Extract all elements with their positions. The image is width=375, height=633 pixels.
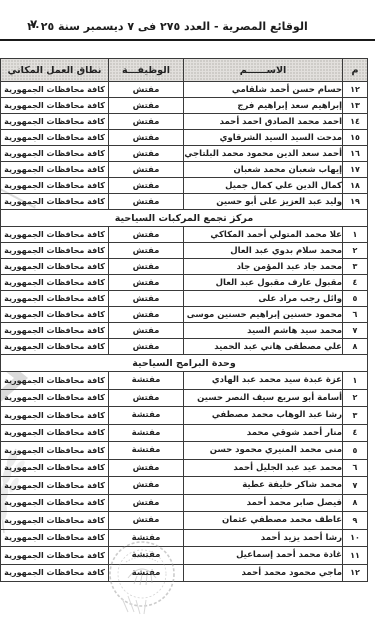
section-title: مركز تجمع المركبات السياحية (1, 210, 368, 227)
table-row: ١٦ أحمد سعد الدين محمود محمد البلتاجي مف… (1, 146, 368, 162)
name-cell: أحمد سعد الدين محمود محمد البلتاجي (184, 146, 343, 162)
table-row: ٣ محمد جاد عبد المؤمن جاد مفتش كافة محاف… (1, 259, 368, 275)
row-number-cell: ٨ (343, 494, 368, 512)
scope-cell: كافة محافظات الجمهورية (1, 564, 109, 582)
name-cell: منى محمد المنيري محمود حسن (184, 442, 343, 460)
column-header-job: الوظيفـــة (109, 59, 184, 82)
scope-cell: كافة محافظات الجمهورية (1, 442, 109, 460)
job-cell: مفتش (109, 477, 184, 495)
row-number-cell: ٤ (343, 275, 368, 291)
name-cell: عزة عبدة سيد محمد عبد الهادي (184, 372, 343, 390)
row-number-cell: ٧ (343, 323, 368, 339)
scope-cell: كافة محافظات الجمهورية (1, 459, 109, 477)
row-number-cell: ٣ (343, 259, 368, 275)
job-cell: مفتش (109, 130, 184, 146)
table-row: ١ علا محمد المتولي أحمد المكاكي مفتش كاف… (1, 227, 368, 243)
scope-cell: كافة محافظات الجمهورية (1, 162, 109, 178)
name-cell: رشا عبد الوهاب محمد مصطفي (184, 407, 343, 425)
job-cell: مفتش (109, 323, 184, 339)
table-row: ٦ محمد عيد عبد الجليل أحمد مفتش كافة محا… (1, 459, 368, 477)
scope-cell: كافة محافظات الجمهورية (1, 291, 109, 307)
job-cell: مفتشة (109, 564, 184, 582)
scope-cell: كافة محافظات الجمهورية (1, 275, 109, 291)
row-number-cell: ١٤ (343, 114, 368, 130)
row-number-cell: ١٥ (343, 130, 368, 146)
name-cell: مقبول عارف مقبول عبد العال (184, 275, 343, 291)
row-number-cell: ٦ (343, 307, 368, 323)
job-cell: مفتشة (109, 424, 184, 442)
table-row: ٣ رشا عبد الوهاب محمد مصطفي مفتشة كافة م… (1, 407, 368, 425)
table-row: ١٢ حسام حسن أحمد شلقامي مفتش كافة محافظا… (1, 82, 368, 98)
job-cell: مفتش (109, 162, 184, 178)
name-cell: إيهاب شعبان محمد شعبان (184, 162, 343, 178)
scope-cell: كافة محافظات الجمهورية (1, 529, 109, 547)
table-row: ٢ محمد سلام بدوي عبد العال مفتش كافة محا… (1, 243, 368, 259)
table-row: ١١ غادة محمد أحمد إسماعيل مفتشة كافة محا… (1, 547, 368, 565)
gazette-page: ٧ الوقائع المصرية - العدد ٢٧٥ فى ٧ ديسمب… (0, 0, 375, 633)
scope-cell: كافة محافظات الجمهورية (1, 424, 109, 442)
name-cell: علا محمد المتولي أحمد المكاكي (184, 227, 343, 243)
name-cell: محمد سلام بدوي عبد العال (184, 243, 343, 259)
page-number: ٧ (30, 17, 37, 31)
name-cell: محمود حسنين إبراهيم حسنين موسى (184, 307, 343, 323)
scope-cell: كافة محافظات الجمهورية (1, 407, 109, 425)
name-cell: محمد سيد هاشم السيد (184, 323, 343, 339)
name-cell: عاطف محمد مصطفي عثمان (184, 512, 343, 530)
scope-cell: كافة محافظات الجمهورية (1, 243, 109, 259)
row-number-cell: ٩ (343, 512, 368, 530)
scope-cell: كافة محافظات الجمهورية (1, 547, 109, 565)
scope-cell: كافة محافظات الجمهورية (1, 339, 109, 355)
name-cell: فيصل صابر محمد أحمد (184, 494, 343, 512)
scope-cell: كافة محافظات الجمهورية (1, 98, 109, 114)
table-header-row: م الاســــــم الوظيفـــة نطاق العمل المك… (1, 59, 368, 82)
name-cell: وائل رجب مراد على (184, 291, 343, 307)
name-cell: غادة محمد أحمد إسماعيل (184, 547, 343, 565)
scope-cell: كافة محافظات الجمهورية (1, 494, 109, 512)
scope-cell: كافة محافظات الجمهورية (1, 227, 109, 243)
header-title: الوقائع المصرية - العدد ٢٧٥ فى ٧ ديسمبر … (27, 20, 307, 33)
column-header-name: الاســــــم (184, 59, 343, 82)
name-cell: أسامة أبو سريع سيف النصر حسين (184, 389, 343, 407)
table-row: ٥ منى محمد المنيري محمود حسن مفتشة كافة … (1, 442, 368, 460)
table-row: ١٥ مدحت السيد السيد الشرقاوي مفتش كافة م… (1, 130, 368, 146)
table-row: ١٩ وليد عبد العزيز على أبو حسين مفتش كاف… (1, 194, 368, 210)
row-number-cell: ١٢ (343, 564, 368, 582)
job-cell: مفتش (109, 494, 184, 512)
job-cell: مفتش (109, 227, 184, 243)
scope-cell: كافة محافظات الجمهورية (1, 372, 109, 390)
row-number-cell: ١٩ (343, 194, 368, 210)
scope-cell: كافة محافظات الجمهورية (1, 259, 109, 275)
name-cell: حسام حسن أحمد شلقامي (184, 82, 343, 98)
job-cell: مفتش (109, 114, 184, 130)
scope-cell: كافة محافظات الجمهورية (1, 146, 109, 162)
job-cell: مفتشة (109, 529, 184, 547)
job-cell: مفتش (109, 194, 184, 210)
header-rule (0, 39, 375, 41)
table-row: ١٠ رشا أحمد يزيد أحمد مفتشة كافة محافظات… (1, 529, 368, 547)
job-cell: مفتش (109, 459, 184, 477)
name-cell: إبراهيم سعد إبراهيم فرج (184, 98, 343, 114)
table-row: ٤ منار أحمد شوقي محمد مفتشة كافة محافظات… (1, 424, 368, 442)
row-number-cell: ٣ (343, 407, 368, 425)
row-number-cell: ٢ (343, 389, 368, 407)
table-row: ٥ وائل رجب مراد على مفتش كافة محافظات ال… (1, 291, 368, 307)
scope-cell: كافة محافظات الجمهورية (1, 194, 109, 210)
table-row: ١٤ احمد محمد الصادق احمد أحمد مفتش كافة … (1, 114, 368, 130)
table-row: ٨ علي مصطفى هاني عبد الحميد مفتش كافة مح… (1, 339, 368, 355)
job-cell: مفتشة (109, 442, 184, 460)
job-cell: مفتش (109, 389, 184, 407)
table-row: ١٨ كمال الدين علي كمال جميل مفتش كافة مح… (1, 178, 368, 194)
section-title: وحدة البرامج السياحية (1, 355, 368, 372)
job-cell: مفتش (109, 259, 184, 275)
table-row: ١٢ ماجي محمود محمد أحمد مفتشة كافة محافظ… (1, 564, 368, 582)
name-cell: احمد محمد الصادق احمد أحمد (184, 114, 343, 130)
row-number-cell: ١٨ (343, 178, 368, 194)
table-row: ٩ عاطف محمد مصطفي عثمان مفتش كافة محافظا… (1, 512, 368, 530)
row-number-cell: ١٣ (343, 98, 368, 114)
table-row: ٧ محمد شاكر خليفة عطية مفتش كافة محافظات… (1, 477, 368, 495)
table-row: ٦ محمود حسنين إبراهيم حسنين موسى مفتش كا… (1, 307, 368, 323)
scope-cell: كافة محافظات الجمهورية (1, 114, 109, 130)
job-cell: مفتش (109, 275, 184, 291)
row-number-cell: ٦ (343, 459, 368, 477)
table-row: ٢ أسامة أبو سريع سيف النصر حسين مفتش كاف… (1, 389, 368, 407)
scope-cell: كافة محافظات الجمهورية (1, 323, 109, 339)
name-cell: مدحت السيد السيد الشرقاوي (184, 130, 343, 146)
job-cell: مفتش (109, 512, 184, 530)
job-cell: مفتشة (109, 372, 184, 390)
scope-cell: كافة محافظات الجمهورية (1, 178, 109, 194)
table-row: ١٣ إبراهيم سعد إبراهيم فرج مفتش كافة محا… (1, 98, 368, 114)
page-header: ٧ الوقائع المصرية - العدد ٢٧٥ فى ٧ ديسمب… (0, 16, 375, 36)
name-cell: محمد جاد عبد المؤمن جاد (184, 259, 343, 275)
name-cell: محمد شاكر خليفة عطية (184, 477, 343, 495)
row-number-cell: ٢ (343, 243, 368, 259)
scope-cell: كافة محافظات الجمهورية (1, 477, 109, 495)
row-number-cell: ١١ (343, 547, 368, 565)
scope-cell: كافة محافظات الجمهورية (1, 82, 109, 98)
row-number-cell: ١٢ (343, 82, 368, 98)
job-cell: مفتش (109, 291, 184, 307)
job-cell: مفتش (109, 146, 184, 162)
job-cell: مفتش (109, 339, 184, 355)
row-number-cell: ٨ (343, 339, 368, 355)
row-number-cell: ٥ (343, 442, 368, 460)
job-cell: مفتشة (109, 407, 184, 425)
name-cell: رشا أحمد يزيد أحمد (184, 529, 343, 547)
inspectors-table: م الاســــــم الوظيفـــة نطاق العمل المك… (0, 58, 368, 582)
row-number-cell: ١٦ (343, 146, 368, 162)
row-number-cell: ١ (343, 372, 368, 390)
row-number-cell: ٥ (343, 291, 368, 307)
scope-cell: كافة محافظات الجمهورية (1, 307, 109, 323)
table-row: ١ عزة عبدة سيد محمد عبد الهادي مفتشة كاف… (1, 372, 368, 390)
job-cell: مفتش (109, 307, 184, 323)
scope-cell: كافة محافظات الجمهورية (1, 130, 109, 146)
row-number-cell: ١٧ (343, 162, 368, 178)
name-cell: منار أحمد شوقي محمد (184, 424, 343, 442)
row-number-cell: ٧ (343, 477, 368, 495)
row-number-cell: ٤ (343, 424, 368, 442)
table-row: ١٧ إيهاب شعبان محمد شعبان مفتش كافة محاف… (1, 162, 368, 178)
name-cell: وليد عبد العزيز على أبو حسين (184, 194, 343, 210)
section-header-row: مركز تجمع المركبات السياحية (1, 210, 368, 227)
section-header-row: وحدة البرامج السياحية (1, 355, 368, 372)
job-cell: مفتشة (109, 547, 184, 565)
scope-cell: كافة محافظات الجمهورية (1, 512, 109, 530)
scope-cell: كافة محافظات الجمهورية (1, 389, 109, 407)
job-cell: مفتش (109, 243, 184, 259)
row-number-cell: ١ (343, 227, 368, 243)
job-cell: مفتش (109, 178, 184, 194)
name-cell: كمال الدين علي كمال جميل (184, 178, 343, 194)
job-cell: مفتش (109, 98, 184, 114)
staff-table-body: ١٢ حسام حسن أحمد شلقامي مفتش كافة محافظا… (1, 82, 368, 582)
column-header-scope: نطاق العمل المكاني (1, 59, 109, 82)
name-cell: ماجي محمود محمد أحمد (184, 564, 343, 582)
job-cell: مفتش (109, 82, 184, 98)
name-cell: محمد عيد عبد الجليل أحمد (184, 459, 343, 477)
table-row: ٧ محمد سيد هاشم السيد مفتش كافة محافظات … (1, 323, 368, 339)
table-row: ٤ مقبول عارف مقبول عبد العال مفتش كافة م… (1, 275, 368, 291)
column-header-number: م (343, 59, 368, 82)
table-row: ٨ فيصل صابر محمد أحمد مفتش كافة محافظات … (1, 494, 368, 512)
name-cell: علي مصطفى هاني عبد الحميد (184, 339, 343, 355)
row-number-cell: ١٠ (343, 529, 368, 547)
